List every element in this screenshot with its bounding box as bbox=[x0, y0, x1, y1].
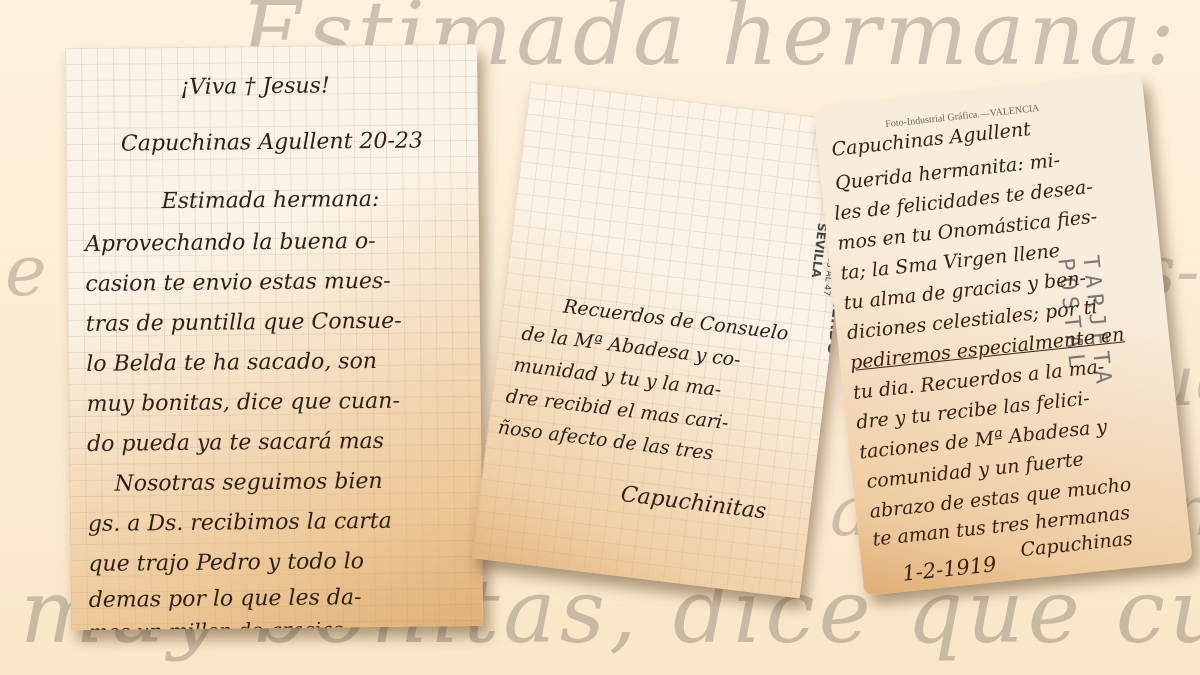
letter1-line: lo Belda te ha sacado, son bbox=[86, 349, 377, 377]
letter-page-1: ¡Viva † Jesus! Capuchinas Agullent 20-23… bbox=[65, 44, 483, 630]
letter1-line: casion te envio estas mues- bbox=[85, 269, 390, 297]
letter1-line: que trajo Pedro y todo lo bbox=[88, 549, 364, 577]
letter1-line: muy bonitas, dice que cuan- bbox=[87, 389, 400, 417]
letter1-line: tras de puntilla que Consue- bbox=[86, 309, 402, 337]
letter1-salutation: Estimada hermana: bbox=[161, 187, 379, 214]
letter1-line: demas por lo que les da- bbox=[89, 585, 362, 613]
postcard: Foto-Industrial Gráfica.—VALENCIA TARJET… bbox=[813, 74, 1192, 596]
letter2-signature: Capuchinitas bbox=[619, 482, 767, 525]
letter1-line: Aprovechando la buena o- bbox=[85, 229, 376, 257]
letter1-line: Nosotras seguimos bien bbox=[114, 469, 382, 497]
letter1-place-date: Capuchinas Agullent 20-23 bbox=[121, 128, 423, 156]
letter1-line: do pueda ya te sacará mas bbox=[87, 429, 384, 457]
postcard-date: 1-2-1919 bbox=[901, 552, 997, 586]
letter-page-2: GRAN FÁBRICA DE CUADERNOS PARA EL DICTAD… bbox=[472, 82, 858, 599]
letter1-line: gs. a Ds. recibimos la carta bbox=[88, 509, 392, 537]
background-fragment: e bbox=[5, 230, 46, 312]
letter1-header: ¡Viva † Jesus! bbox=[180, 73, 330, 100]
